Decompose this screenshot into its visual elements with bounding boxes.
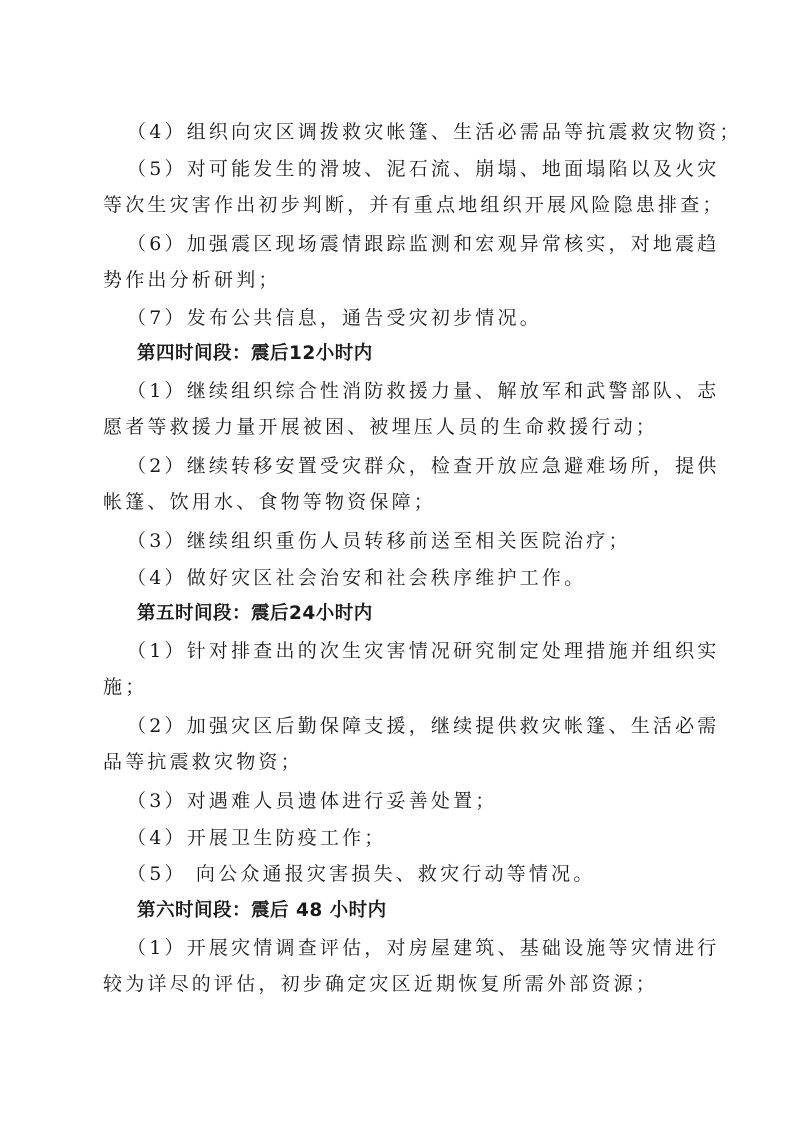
document-page: （4）组织向灾区调拨救灾帐篷、生活必需品等抗震救灾物资；（5）对可能发生的滑坡、… [0,0,793,1122]
list-item: （2）加强灾区后勤保障支援，继续提供救灾帐篷、生活必需 [103,714,709,738]
section-heading: 第五时间段：震后24小时内 [103,602,719,626]
list-item: （4）组织向灾区调拨救灾帐篷、生活必需品等抗震救灾物资； [103,120,709,144]
list-item: （1）针对排查出的次生灾害情况研究制定处理措施并组织实 [103,639,709,663]
list-item-continuation: 等次生灾害作出初步判断，并有重点地组织开展风险隐患排查； [103,193,685,217]
section-heading: 第六时间段：震后 48 小时内 [103,899,719,923]
list-item: （7）发布公共信息，通告受灾初步情况。 [103,306,709,330]
list-item-continuation: 势作出分析研判； [103,268,685,292]
list-item: （4）开展卫生防疫工作； [103,826,709,850]
list-item-continuation: 帐篷、饮用水、食物等物资保障； [103,490,685,514]
list-item-continuation: 施； [103,675,685,699]
list-item: （5）对可能发生的滑坡、泥石流、崩塌、地面塌陷以及火灾 [103,157,709,181]
list-item: （3）继续组织重伤人员转移前送至相关医院治疗； [103,529,709,553]
list-item-continuation: 品等抗震救灾物资； [103,750,685,774]
list-item: （2）继续转移安置受灾群众，检查开放应急避难场所，提供 [103,454,709,478]
list-item: （6）加强震区现场震情跟踪监测和宏观异常核实，对地震趋 [103,232,709,256]
list-item: （5） 向公众通报灾害损失、救灾行动等情况。 [103,862,709,886]
list-item-continuation: 较为详尽的评估，初步确定灾区近期恢复所需外部资源； [103,972,685,996]
list-item: （1）继续组织综合性消防救援力量、解放军和武警部队、志 [103,379,709,403]
list-item: （3）对遇难人员遗体进行妥善处置； [103,789,709,813]
list-item-continuation: 愿者等救援力量开展被困、被埋压人员的生命救援行动； [103,415,685,439]
list-item: （4）做好灾区社会治安和社会秩序维护工作。 [103,566,709,590]
list-item: （1）开展灾情调查评估，对房屋建筑、基础设施等灾情进行 [103,936,709,960]
section-heading: 第四时间段：震后12小时内 [103,342,719,366]
